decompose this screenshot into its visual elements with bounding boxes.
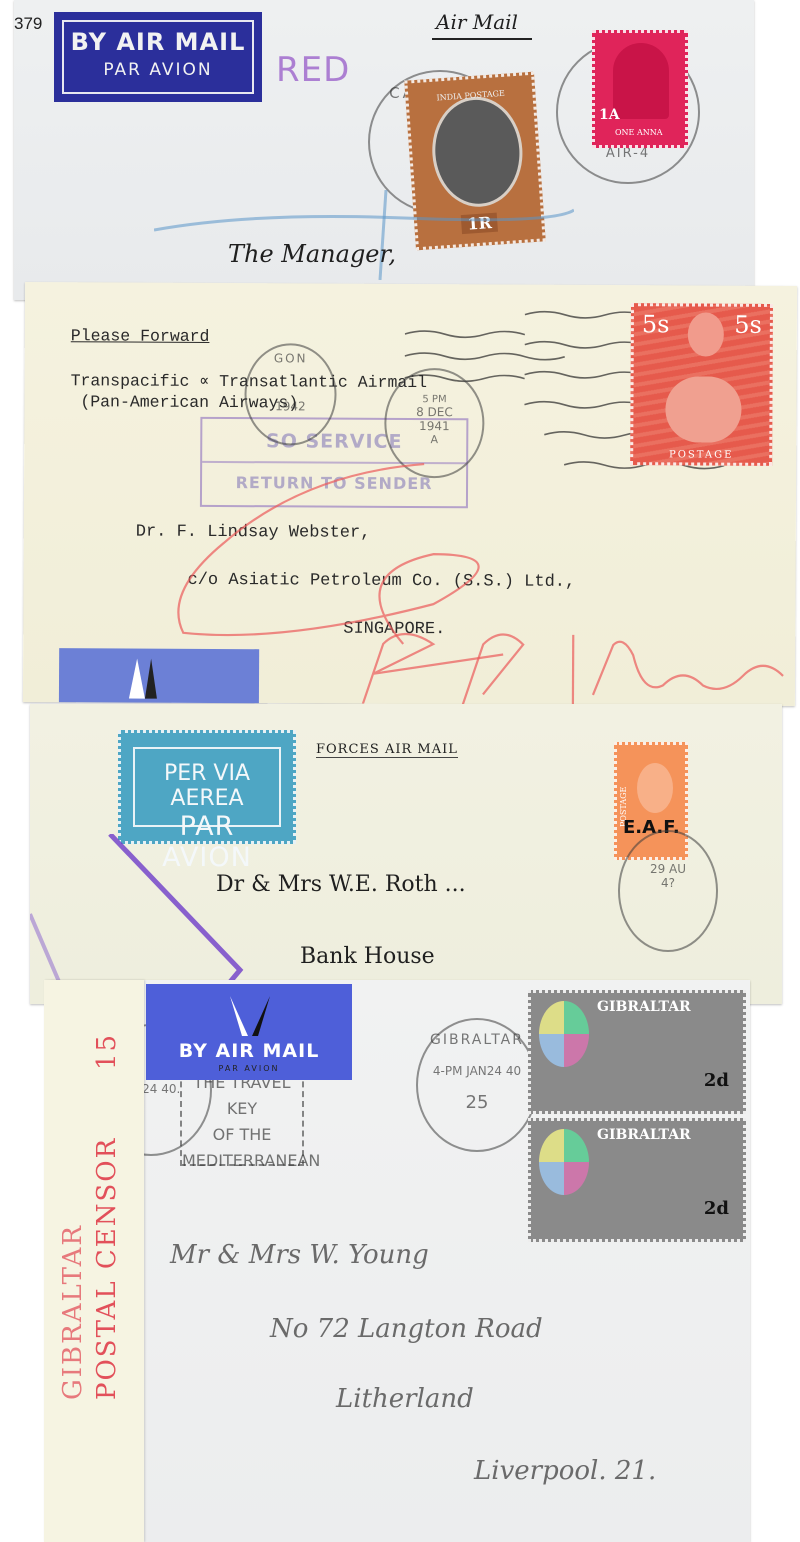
stamp-value: 2d bbox=[704, 1070, 729, 1091]
censor-strip-line2: POSTAL CENSOR bbox=[92, 1137, 122, 1400]
address-line: No 72 Langton Road bbox=[270, 1314, 543, 1344]
stamp-country: GIBRALTAR bbox=[597, 1127, 691, 1143]
cover-singapore: Please Forward Transpacific ∝ Transatlan… bbox=[23, 282, 797, 706]
address-line: Litherland bbox=[336, 1384, 474, 1414]
address-line: Mr & Mrs W. Young bbox=[170, 1240, 429, 1270]
stamp-gibraltar-2d: GIBRALTAR 2d bbox=[528, 990, 746, 1114]
stamp-country: GIBRALTAR bbox=[597, 999, 691, 1015]
cover-eaf: PER VIA AEREA PAR AVION FORCES AIR MAIL … bbox=[30, 704, 782, 1004]
censor-strip-number: 15 bbox=[92, 1033, 122, 1070]
cover-gibraltar: GIBRALTAR THE TRAVEL KEY OF THE MEDITERR… bbox=[50, 980, 750, 1542]
stamp-value-right: 5s bbox=[734, 311, 762, 339]
stamp-value: 2d bbox=[704, 1198, 729, 1219]
censor-strip-line1: GIBRALTAR bbox=[58, 1224, 88, 1400]
cover-india: RED BY AIR MAIL PAR AVION Air Mail CALCU… bbox=[14, 0, 754, 300]
postmark-gibraltar: GIBRALTAR 4-PM JAN24 40 25 bbox=[416, 1018, 538, 1152]
censor-strip: GIBRALTAR POSTAL CENSOR 15 bbox=[44, 980, 144, 1542]
airmail-label-line1: PER VIA AEREA bbox=[135, 761, 279, 811]
handwritten-air-mail: Air Mail bbox=[432, 10, 532, 40]
airmail-label-line1: BY AIR MAIL bbox=[64, 28, 252, 56]
airmail-label: BY AIR MAIL PAR AVION bbox=[54, 12, 262, 102]
stamp-value: 5s bbox=[642, 310, 670, 338]
stamp-gibraltar-2d: GIBRALTAR 2d bbox=[528, 1118, 746, 1242]
stamp-value: 1A bbox=[599, 107, 620, 123]
address-line: Liverpool. 21. bbox=[474, 1456, 656, 1486]
airmail-label: PER VIA AEREA PAR AVION bbox=[118, 730, 296, 844]
wing-icon bbox=[226, 996, 274, 1040]
stamp-gb-5-shillings: 5s 5s POSTAGE bbox=[630, 303, 773, 466]
lot-number: 379 bbox=[14, 14, 42, 34]
stamp-caption: ONE ANNA bbox=[615, 128, 663, 137]
please-forward: Please Forward bbox=[71, 326, 210, 346]
address-line: Dr & Mrs W.E. Roth ... bbox=[216, 872, 466, 897]
purple-censor-mark bbox=[30, 834, 270, 994]
stamp-india-1-anna: 1A ONE ANNA bbox=[592, 30, 688, 148]
airmail-label-remnant bbox=[59, 648, 259, 705]
postmark-mogadishu: 29 AU 4? bbox=[618, 830, 718, 952]
airmail-label-line2: PAR AVION bbox=[146, 1064, 352, 1073]
airmail-label-line1: BY AIR MAIL bbox=[146, 1040, 352, 1062]
airmail-label-line2: PAR AVION bbox=[64, 60, 252, 80]
address-line: The Manager, bbox=[228, 240, 396, 268]
airmail-label: BY AIR MAIL PAR AVION bbox=[146, 984, 352, 1080]
address-line: Bank House bbox=[300, 944, 435, 969]
handwritten-forces-air-mail: FORCES AIR MAIL bbox=[316, 742, 458, 758]
postmark-rangoon: GON 1942 bbox=[244, 343, 337, 445]
